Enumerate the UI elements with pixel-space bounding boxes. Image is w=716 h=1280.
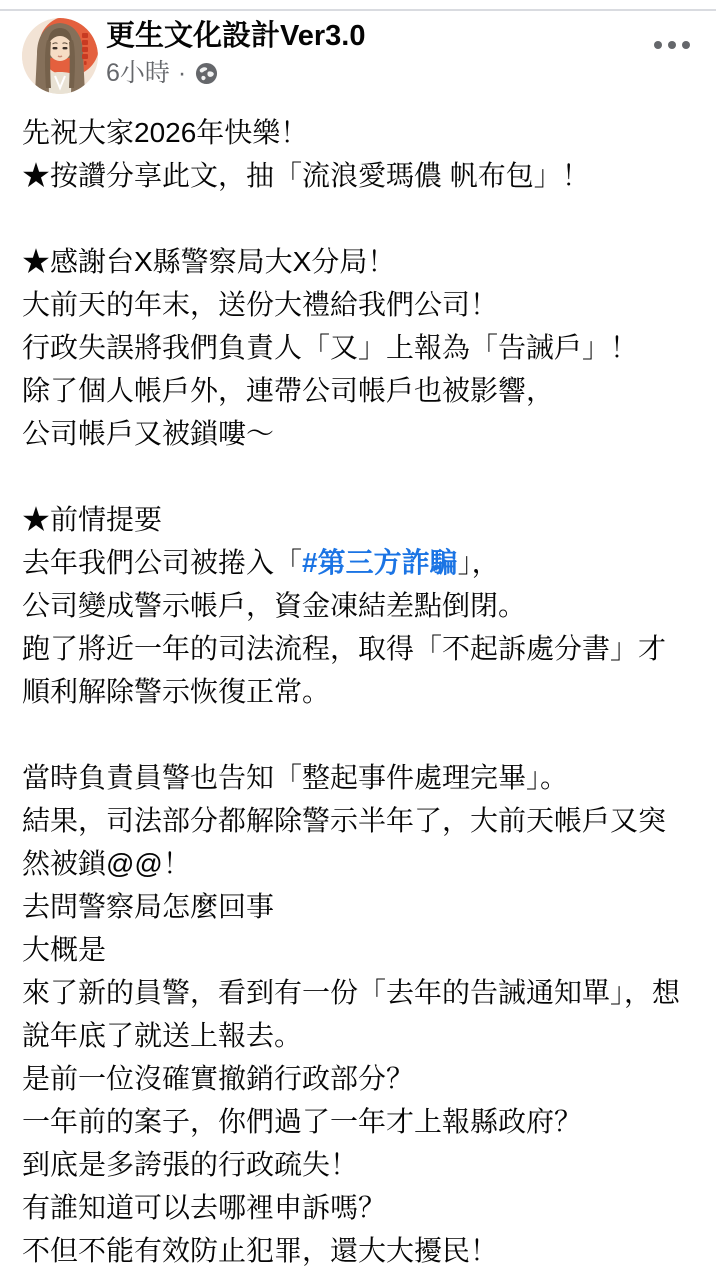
ellipsis-icon (668, 41, 676, 49)
post-text-line: 說年底了就送上報去。 (22, 1014, 694, 1057)
post-text-line: 去年我們公司被捲入「#第三方詐騙」， (22, 541, 694, 584)
post-text-line: 一年前的案子，你們過了一年才上報縣政府？ (22, 1100, 694, 1143)
facebook-post: 更生文化設計Ver3.0 6小時 · 先祝大家2026年快樂！★按讚分享此 (0, 11, 716, 1272)
post-text-segment: 當時負責員警也告知「整起事件處理完畢」。 (22, 762, 568, 793)
post-text-segment: 說年底了就送上報去。 (22, 1020, 302, 1051)
post-text-segment: ★前情提要 (22, 504, 162, 535)
hashtag-link[interactable]: #第三方詐騙 (302, 547, 458, 578)
page-name-link[interactable]: 更生文化設計Ver3.0 (106, 18, 365, 54)
post-text-segment: 不但不能有效防止犯罪，還大大擾民！ (22, 1235, 498, 1266)
post-text-segment: 到底是多誇張的行政疏失！ (22, 1149, 358, 1180)
page-avatar[interactable] (22, 18, 98, 94)
post-text-segment: ★感謝台X縣警察局大X分局！ (22, 246, 395, 277)
post-text-line: 不但不能有效防止犯罪，還大大擾民！ (22, 1229, 694, 1272)
post-blank-line (22, 455, 694, 498)
post-text-segment: 除了個人帳戶外，連帶公司帳戶也被影響， (22, 375, 554, 406)
post-text-segment: 然被鎖@@！ (22, 848, 191, 879)
post-text-segment: 有誰知道可以去哪裡申訴嗎？ (22, 1192, 386, 1223)
post-text-line: 大概是 (22, 928, 694, 971)
post-text-line: 先祝大家2026年快樂！ (22, 111, 694, 154)
post-text-segment: 是前一位沒確實撤銷行政部分？ (22, 1063, 414, 1094)
post-text-line: 然被鎖@@！ (22, 842, 694, 885)
post-text-segment: 」， (458, 547, 500, 578)
post-text-line: 跑了將近一年的司法流程，取得「不起訴處分書」才 (22, 627, 694, 670)
post-text-segment: 公司變成警示帳戶，資金凍結差點倒閉。 (22, 590, 526, 621)
post-text-segment: 順利解除警示恢復正常。 (22, 676, 330, 707)
ellipsis-icon (654, 41, 662, 49)
post-text-segment: 去年我們公司被捲入「 (22, 547, 302, 578)
post-text-line: 順利解除警示恢復正常。 (22, 670, 694, 713)
post-options-button[interactable] (652, 33, 692, 57)
post-meta: 6小時 · (106, 59, 365, 87)
post-text-line: ★感謝台X縣警察局大X分局！ (22, 240, 694, 283)
post-text-line: 是前一位沒確實撤銷行政部分？ (22, 1057, 694, 1100)
post-text-line: 當時負責員警也告知「整起事件處理完畢」。 (22, 756, 694, 799)
post-text-line: 公司變成警示帳戶，資金凍結差點倒閉。 (22, 584, 694, 627)
post-timestamp[interactable]: 6小時 (106, 59, 170, 87)
post-text-line: 公司帳戶又被鎖嘍～ (22, 412, 694, 455)
post-text-segment: 去問警察局怎麼回事 (22, 891, 274, 922)
meta-separator: · (178, 59, 186, 87)
post-text-segment: 大前天的年末，送份大禮給我們公司！ (22, 289, 498, 320)
post-body: 先祝大家2026年快樂！★按讚分享此文，抽「流浪愛瑪儂 帆布包」！★感謝台X縣警… (0, 111, 716, 1272)
post-text-segment: 先祝大家2026年快樂！ (22, 117, 308, 148)
post-header-text: 更生文化設計Ver3.0 6小時 · (106, 18, 365, 87)
post-text-line: 來了新的員警，看到有一份「去年的告誡通知單」，想 (22, 971, 694, 1014)
ellipsis-icon (682, 41, 690, 49)
post-text-segment: 結果，司法部分都解除警示半年了，大前天帳戶又突 (22, 805, 666, 836)
post-header: 更生文化設計Ver3.0 6小時 · (0, 11, 716, 94)
post-text-segment: 跑了將近一年的司法流程，取得「不起訴處分書」才 (22, 633, 666, 664)
post-blank-line (22, 197, 694, 240)
page-avatar-illustration (22, 18, 98, 94)
post-text-line: ★按讚分享此文，抽「流浪愛瑪儂 帆布包」！ (22, 154, 694, 197)
post-text-line: 到底是多誇張的行政疏失！ (22, 1143, 694, 1186)
post-text-line: 行政失誤將我們負責人「又」上報為「告誡戶」！ (22, 326, 694, 369)
post-blank-line (22, 713, 694, 756)
post-text-line: 結果，司法部分都解除警示半年了，大前天帳戶又突 (22, 799, 694, 842)
post-text-line: ★前情提要 (22, 498, 694, 541)
post-text-line: 大前天的年末，送份大禮給我們公司！ (22, 283, 694, 326)
post-text-line: 除了個人帳戶外，連帶公司帳戶也被影響， (22, 369, 694, 412)
post-text-segment: 行政失誤將我們負責人「又」上報為「告誡戶」！ (22, 332, 638, 363)
post-text-segment: 來了新的員警，看到有一份「去年的告誡通知單」，想 (22, 977, 680, 1008)
globe-icon (195, 62, 218, 85)
post-text-segment: 大概是 (22, 934, 106, 965)
post-text-segment: 公司帳戶又被鎖嘍～ (22, 418, 274, 449)
post-text-segment: 一年前的案子，你們過了一年才上報縣政府？ (22, 1106, 582, 1137)
post-text-segment: ★按讚分享此文，抽「流浪愛瑪儂 帆布包」！ (22, 160, 590, 191)
post-text-line: 去問警察局怎麼回事 (22, 885, 694, 928)
post-text-line: 有誰知道可以去哪裡申訴嗎？ (22, 1186, 694, 1229)
